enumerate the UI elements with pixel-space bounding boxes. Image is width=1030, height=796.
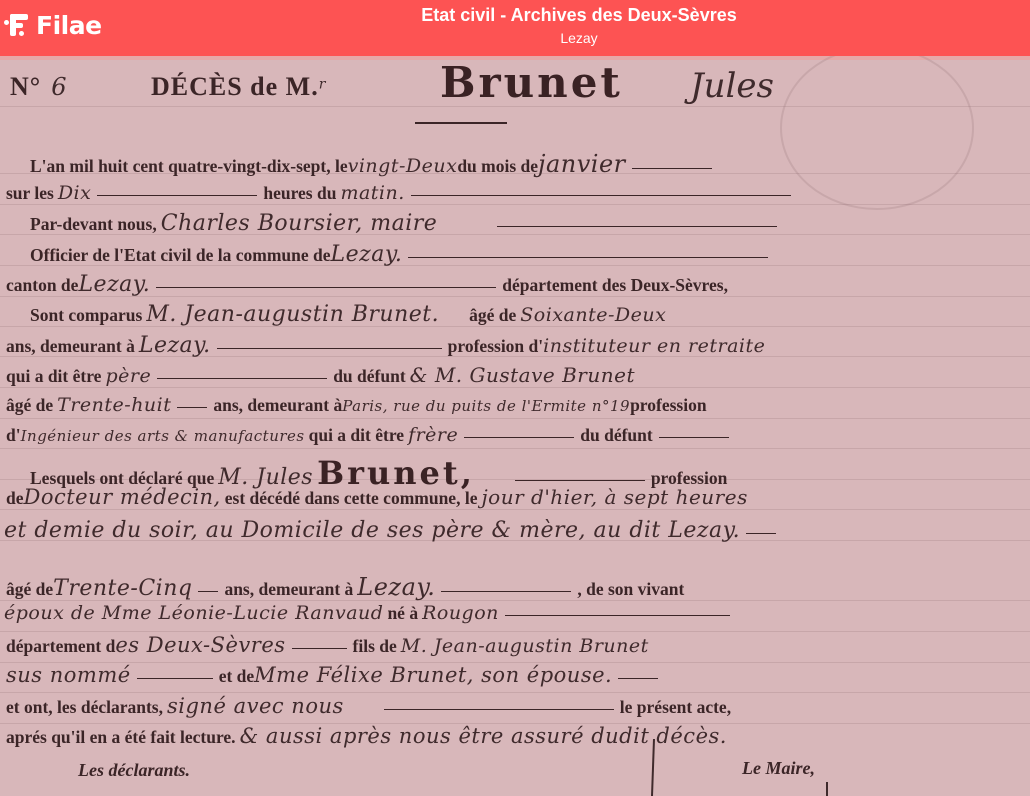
text-line-6: Sont comparus M. Jean-augustin Brunet. â… bbox=[30, 302, 666, 327]
text-line-17: sus nomméet deMme Félixe Brunet, son épo… bbox=[6, 663, 664, 687]
text-line-9: âgé de Trente-huitans, demeurant àParis,… bbox=[6, 394, 707, 416]
text-line-1: L'an mil huit cent quatre-vingt-dix-sept… bbox=[30, 150, 718, 178]
text-line-4: Officier de l'Etat civil de la commune d… bbox=[30, 242, 774, 267]
text-line-10: d'Ingénieur des arts & manufactures qui … bbox=[6, 424, 735, 446]
page-subtitle: Lezay bbox=[0, 28, 1030, 48]
number-label: N° bbox=[10, 72, 41, 101]
text-line-15: époux de Mme Léonie-Lucie Ranvaud né à R… bbox=[4, 602, 736, 624]
pen-stroke bbox=[826, 782, 828, 796]
surname-underline bbox=[415, 122, 507, 124]
header-titles: Etat civil - Archives des Deux-Sèvres Le… bbox=[0, 4, 1030, 48]
text-line-13: et demie du soir, au Domicile de ses pèr… bbox=[4, 518, 782, 543]
text-line-5: canton deLezay.département des Deux-Sèvr… bbox=[6, 272, 728, 297]
deceased-surname: Brunet bbox=[440, 58, 623, 107]
record-type: DÉCÈS de M. bbox=[151, 72, 319, 101]
text-line-18: et ont, les déclarants, signé avec nousl… bbox=[6, 694, 731, 718]
record-heading: N° 6 DÉCÈS de M.r bbox=[10, 72, 326, 102]
page-title: Etat civil - Archives des Deux-Sèvres bbox=[0, 4, 1030, 26]
text-line-14: âgé deTrente-Cinqans, demeurant à Lezay.… bbox=[6, 573, 684, 601]
deceased-firstname: Jules bbox=[690, 66, 774, 106]
text-line-3: Par-devant nous, Charles Boursier, maire bbox=[30, 211, 783, 236]
app-header: Filae Etat civil - Archives des Deux-Sèv… bbox=[0, 0, 1030, 56]
document-viewer[interactable]: N° 6 DÉCÈS de M.r Brunet Jules L'an mil … bbox=[0, 56, 1030, 796]
text-line-12: deDocteur médecin, est décédé dans cette… bbox=[6, 485, 748, 509]
ink-stamp bbox=[780, 56, 974, 210]
text-line-8: qui a dit être pèredu défunt & M. Gustav… bbox=[6, 363, 635, 387]
mayor-signature-label: Le Maire, bbox=[742, 758, 815, 779]
title-superscript: r bbox=[319, 77, 326, 93]
text-line-7: ans, demeurant à Lezay.profession d'inst… bbox=[6, 333, 765, 358]
text-line-16: département des Deux-Sèvresfils de M. Je… bbox=[6, 633, 649, 657]
text-line-19: aprés qu'il en a été fait lecture. & aus… bbox=[6, 724, 727, 748]
declarants-signature-label: Les déclarants. bbox=[78, 760, 190, 781]
text-line-2: sur les Dixheures du matin. bbox=[6, 182, 797, 204]
record-number: 6 bbox=[51, 73, 67, 101]
